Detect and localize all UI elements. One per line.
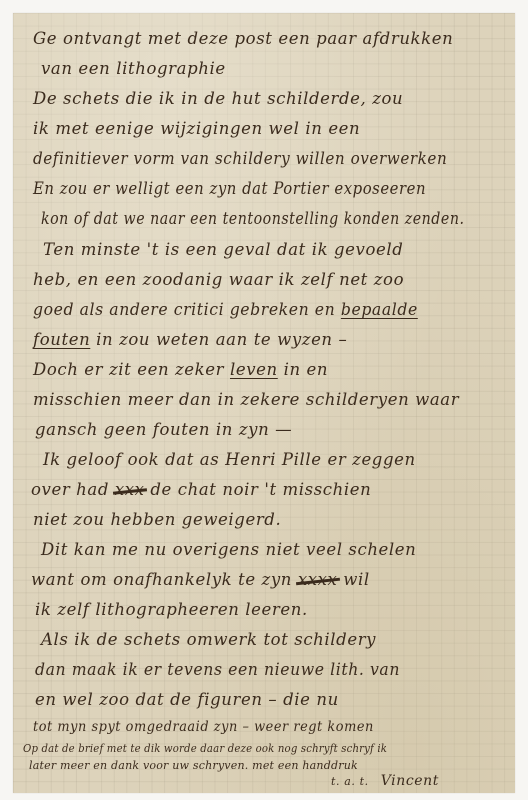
letter-line-12-text: Doch er zit een zeker (33, 360, 230, 379)
letter-line-10-text: goed als andere critici gebreken en (33, 300, 341, 319)
signature-closing: t. a. t. (331, 775, 369, 788)
letter-line-7: kon of dat we naar een tentoonstelling k… (41, 209, 465, 228)
letter-line-12: Doch er zit een zeker leven in en (33, 360, 328, 379)
letter-line-9: heb, en een zoodanig waar ik zelf net zo… (33, 270, 404, 289)
underlined-word-fouten: fouten (33, 330, 90, 349)
letter-line-19-rest: wil (337, 570, 369, 589)
letter-line-15: Ik geloof ook dat as Henri Pille er zegg… (43, 450, 416, 469)
letter-line-19-text: want om onafhankelyk te zyn (31, 570, 298, 589)
letter-line-4: ik met eenige wijzigingen wel in een (33, 119, 360, 138)
letter-line-16-rest: de chat noir 't misschien (145, 480, 372, 499)
letter-footer-line-1: tot myn spyt omgedraaid zyn – weer regt … (33, 719, 374, 735)
letter-line-16-text: over had (31, 480, 115, 499)
letter-line-20: ik zelf lithographeeren leeren. (35, 600, 308, 619)
underlined-word-bepaalde: bepaalde (341, 300, 418, 319)
signature-name: Vincent (381, 773, 439, 789)
letter-line-5: definitiever vorm van schildery willen o… (33, 149, 447, 168)
document-viewer: Ge ontvangt met deze post een paar afdru… (0, 0, 528, 800)
signature: t. a. t.Vincent (331, 773, 439, 789)
letter-line-8: Ten minste 't is een geval dat ik gevoel… (43, 240, 403, 259)
letter-line-1: Ge ontvangt met deze post een paar afdru… (33, 29, 453, 48)
letter-line-2: van een lithographie (41, 59, 226, 78)
letter-footer-line-3: later meer en dank voor uw schryven. met… (29, 758, 358, 772)
crossed-out-word: xxxx (298, 570, 338, 589)
letter-page: Ge ontvangt met deze post een paar afdru… (13, 13, 515, 793)
letter-line-3: De schets die ik in de hut schilderde, z… (33, 89, 403, 108)
letter-line-11-rest: in zou weten aan te wyzen – (90, 330, 347, 349)
letter-line-19: want om onafhankelyk te zyn xxxx wil (31, 570, 370, 589)
letter-line-10: goed als andere critici gebreken en bepa… (33, 300, 418, 319)
letter-line-23: en wel zoo dat de figuren – die nu (35, 690, 339, 709)
letter-line-11: fouten in zou weten aan te wyzen – (33, 330, 347, 349)
letter-line-12-rest: in en (278, 360, 328, 379)
letter-line-16: over had xxx de chat noir 't misschien (31, 480, 371, 499)
letter-line-13: misschien meer dan in zekere schilderyen… (33, 390, 459, 409)
underlined-word-leven: leven (230, 360, 278, 379)
letter-footer-line-2: Op dat de brief met te dik worde daar de… (23, 741, 387, 755)
letter-line-22: dan maak ik er tevens een nieuwe lith. v… (35, 660, 400, 679)
letter-line-6: En zou er welligt een zyn dat Portier ex… (33, 179, 426, 198)
letter-line-14: gansch geen fouten in zyn — (35, 420, 292, 439)
letter-line-18: Dit kan me nu overigens niet veel schele… (41, 540, 416, 559)
crossed-out-word: xxx (115, 480, 145, 499)
letter-line-21: Als ik de schets omwerk tot schildery (41, 630, 376, 649)
letter-line-17: niet zou hebben geweigerd. (33, 510, 281, 529)
